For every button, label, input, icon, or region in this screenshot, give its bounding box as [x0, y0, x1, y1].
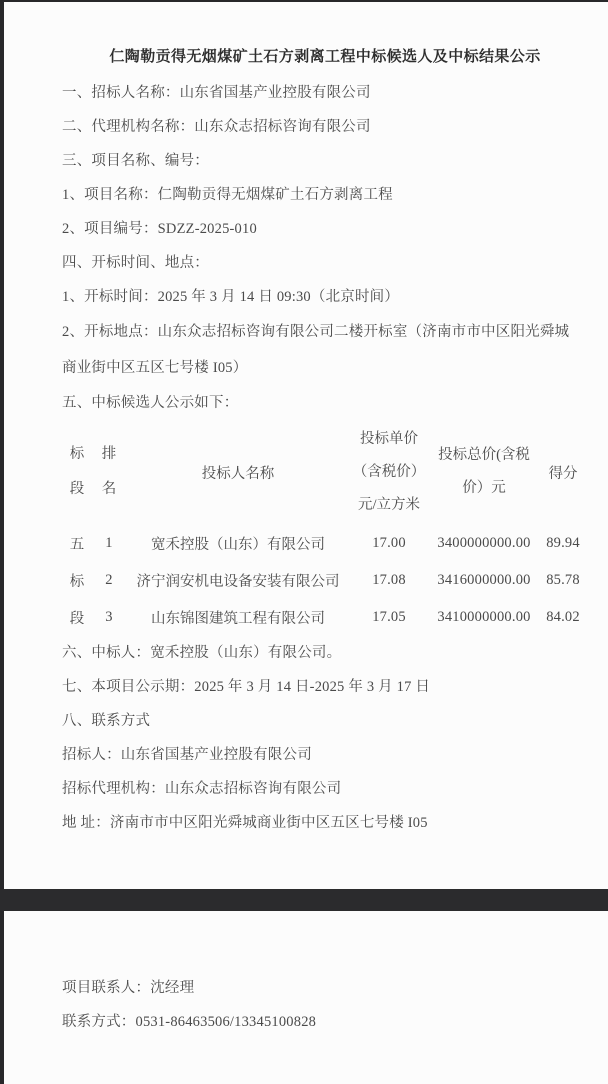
announcement-page: 仁陶勒贡得无烟煤矿土石方剥离工程中标候选人及中标结果公示 一、招标人名称：山东省… [0, 0, 608, 840]
bidder-cell: 宽禾控股（山东）有限公司 [126, 533, 350, 554]
segment-char: 段 [62, 607, 92, 628]
opening-time-line: 1、开标时间：2025 年 3 月 14 日 09:30（北京时间） [62, 280, 546, 314]
announcement-title: 仁陶勒贡得无烟煤矿土石方剥离工程中标候选人及中标结果公示 [104, 0, 546, 68]
publicity-period-line: 七、本项目公示期：2025 年 3 月 14 日-2025 年 3 月 17 日 [62, 670, 546, 704]
table-row: 标 2 济宁润安机电设备安装有限公司 17.08 3416000000.00 8… [62, 562, 586, 599]
opening-heading-line: 四、开标时间、地点： [62, 246, 546, 280]
header-unit-price-line3: 元/立方米 [350, 489, 428, 522]
table-row: 段 3 山东锦图建筑工程有限公司 17.05 3410000000.00 84.… [62, 599, 586, 636]
total-price-cell: 3400000000.00 [428, 535, 540, 552]
score-cell: 84.02 [540, 609, 586, 626]
header-score: 得分 [540, 462, 586, 483]
header-unit-price-line1: 投标单价 [350, 423, 428, 456]
contact-bidder-line: 招标人：山东省国基产业控股有限公司 [62, 738, 546, 772]
header-rank-line1: 排 [92, 437, 126, 472]
project-number-line: 2、项目编号：SDZZ-2025-010 [62, 212, 546, 246]
score-cell: 85.78 [540, 572, 586, 589]
total-price-cell: 3416000000.00 [428, 572, 540, 589]
project-name-line: 1、项目名称：仁陶勒贡得无烟煤矿土石方剥离工程 [62, 178, 546, 212]
segment-char: 五 [62, 533, 92, 554]
contact-agency-line: 招标代理机构：山东众志招标咨询有限公司 [62, 772, 546, 806]
contact-address-line: 地 址：济南市市中区阳光舜城商业街中区五区七号楼 I05 [62, 806, 546, 840]
project-heading-line: 三、项目名称、编号： [62, 144, 546, 178]
header-segment: 标 段 [62, 437, 92, 507]
bidder-name-line: 一、招标人名称：山东省国基产业控股有限公司 [62, 76, 546, 110]
segment-char: 标 [62, 570, 92, 591]
project-contact-person-line: 项目联系人：沈经理 [62, 971, 546, 1005]
unit-price-cell: 17.08 [350, 572, 428, 589]
unit-price-cell: 17.00 [350, 535, 428, 552]
bidder-cell: 山东锦图建筑工程有限公司 [126, 607, 350, 628]
rank-cell: 2 [92, 572, 126, 589]
header-segment-line1: 标 [62, 437, 92, 472]
score-cell: 89.94 [540, 535, 586, 552]
candidates-heading-line: 五、中标候选人公示如下： [62, 386, 546, 420]
header-rank-line2: 名 [92, 472, 126, 507]
contact-heading-line: 八、联系方式 [62, 704, 546, 738]
total-price-cell: 3410000000.00 [428, 609, 540, 626]
header-total-price-line1: 投标总价(含税 [428, 439, 540, 472]
agency-name-line: 二、代理机构名称：山东众志招标咨询有限公司 [62, 110, 546, 144]
rank-cell: 3 [92, 609, 126, 626]
header-total-price-line2: 价）元 [428, 472, 540, 505]
bidder-cell: 济宁润安机电设备安装有限公司 [126, 570, 350, 591]
page-break-bar [0, 889, 608, 911]
header-rank: 排 名 [92, 437, 126, 507]
header-bidder: 投标人名称 [126, 462, 350, 483]
project-contact-phone-line: 联系方式：0531-86463506/13345100828 [62, 1005, 546, 1039]
announcement-page-2: 项目联系人：沈经理 联系方式：0531-86463506/13345100828 [62, 971, 546, 1039]
table-header-row: 标 段 排 名 投标人名称 投标单价 （含税价） 元/立方米 投标总价(含税 价… [62, 426, 586, 518]
rank-cell: 1 [92, 535, 126, 552]
unit-price-cell: 17.05 [350, 609, 428, 626]
header-unit-price: 投标单价 （含税价） 元/立方米 [350, 423, 428, 522]
header-unit-price-line2: （含税价） [350, 456, 428, 489]
header-segment-line2: 段 [62, 472, 92, 507]
winner-line: 六、中标人：宽禾控股（山东）有限公司。 [62, 636, 546, 670]
opening-place-line: 2、开标地点：山东众志招标咨询有限公司二楼开标室（济南市市中区阳光舜城商业街中区… [62, 314, 574, 386]
table-row: 五 1 宽禾控股（山东）有限公司 17.00 3400000000.00 89.… [62, 525, 586, 562]
bid-candidates-table: 标 段 排 名 投标人名称 投标单价 （含税价） 元/立方米 投标总价(含税 价… [62, 426, 586, 636]
header-total-price: 投标总价(含税 价）元 [428, 439, 540, 505]
